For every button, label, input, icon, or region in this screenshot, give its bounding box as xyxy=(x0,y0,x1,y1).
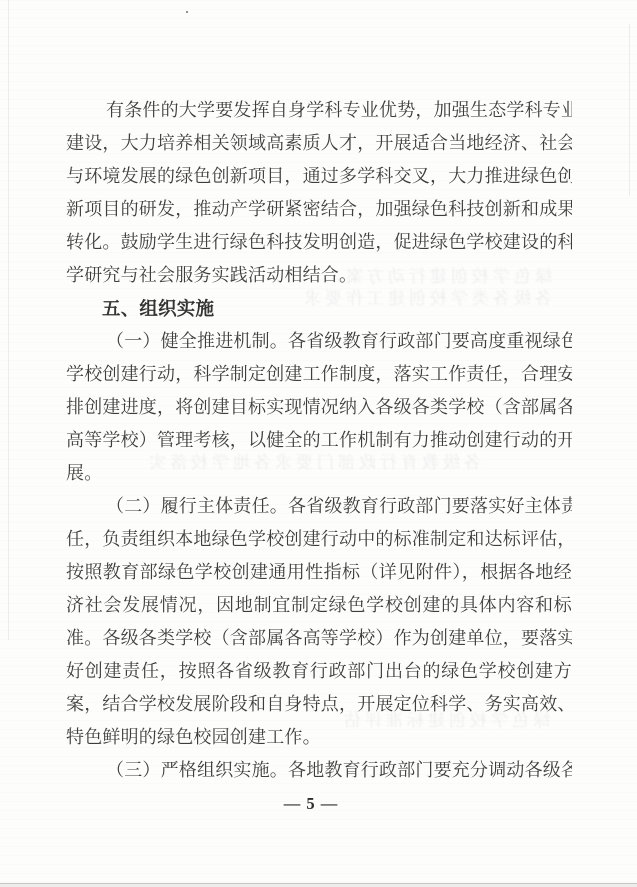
paragraph2-line: 展。 xyxy=(66,457,572,490)
section-heading: 五、组织实施 xyxy=(66,292,572,325)
paragraph3-line: 按照教育部绿色学校创建通用性指标（详见附件），根据各地经 xyxy=(66,556,572,589)
paragraph1-line: 建设，大力培养相关领域高素质人才，开展适合当地经济、社会 xyxy=(66,127,572,160)
paragraph4-line: （三）严格组织实施。各地教育行政部门要充分调动各级各 xyxy=(66,754,572,787)
paragraph1-line: 转化。鼓励学生进行绿色科技发明创造，促进绿色学校建设的科 xyxy=(66,226,572,259)
paragraph3-line: （二）履行主体责任。各省级教育行政部门要落实好主体责 xyxy=(66,490,572,523)
paragraph3-line: 好创建责任，按照各省级教育行政部门出台的绿色学校创建方 xyxy=(66,655,572,688)
paper-surface: 各级各类学校创建工作要求 绿色学校创建行动方案 各级教育行政部门要求各地学校落实… xyxy=(0,0,637,884)
page-number: — 5 — xyxy=(58,787,564,820)
scan-speck xyxy=(186,11,188,13)
scan-edge-line-right xyxy=(629,24,630,196)
paragraph3-line: 济社会发展情况，因地制宜制定绿色学校创建的具体内容和标 xyxy=(66,589,572,622)
paragraph2-line: 学校创建行动，科学制定创建工作制度，落实工作责任，合理安 xyxy=(66,358,572,391)
paragraph3-line: 准。各级各类学校（含部属各高等学校）作为创建单位，要落实 xyxy=(66,622,572,655)
paragraph3-line: 案，结合学校发展阶段和自身特点，开展定位科学、务实高效、 xyxy=(66,688,572,721)
document-body: 有条件的大学要发挥自身学科专业优势，加强生态学科专业 建设，大力培养相关领域高素… xyxy=(66,94,572,820)
paragraph2-line: （一）健全推进机制。各省级教育行政部门要高度重视绿色 xyxy=(66,325,572,358)
paragraph1-line: 新项目的研发，推动产学研紧密结合，加强绿色科技创新和成果 xyxy=(66,193,572,226)
paragraph3-line: 任，负责组织本地绿色学校创建行动中的标准制定和达标评估， xyxy=(66,523,572,556)
paragraph2-line: 排创建进度，将创建目标实现情况纳入各级各类学校（含部属各 xyxy=(66,391,572,424)
scan-edge-line-left xyxy=(8,0,9,640)
paragraph3-line: 特色鲜明的绿色校园创建工作。 xyxy=(66,721,572,754)
paragraph1-line: 与环境发展的绿色创新项目，通过多学科交叉，大力推进绿色创 xyxy=(66,160,572,193)
paragraph1-line: 有条件的大学要发挥自身学科专业优势，加强生态学科专业 xyxy=(66,94,572,127)
paragraph1-line: 学研究与社会服务实践活动相结合。 xyxy=(66,259,572,292)
scanned-document-page: 各级各类学校创建工作要求 绿色学校创建行动方案 各级教育行政部门要求各地学校落实… xyxy=(0,0,637,887)
paragraph2-line: 高等学校）管理考核，以健全的工作机制有力推动创建行动的开 xyxy=(66,424,572,457)
